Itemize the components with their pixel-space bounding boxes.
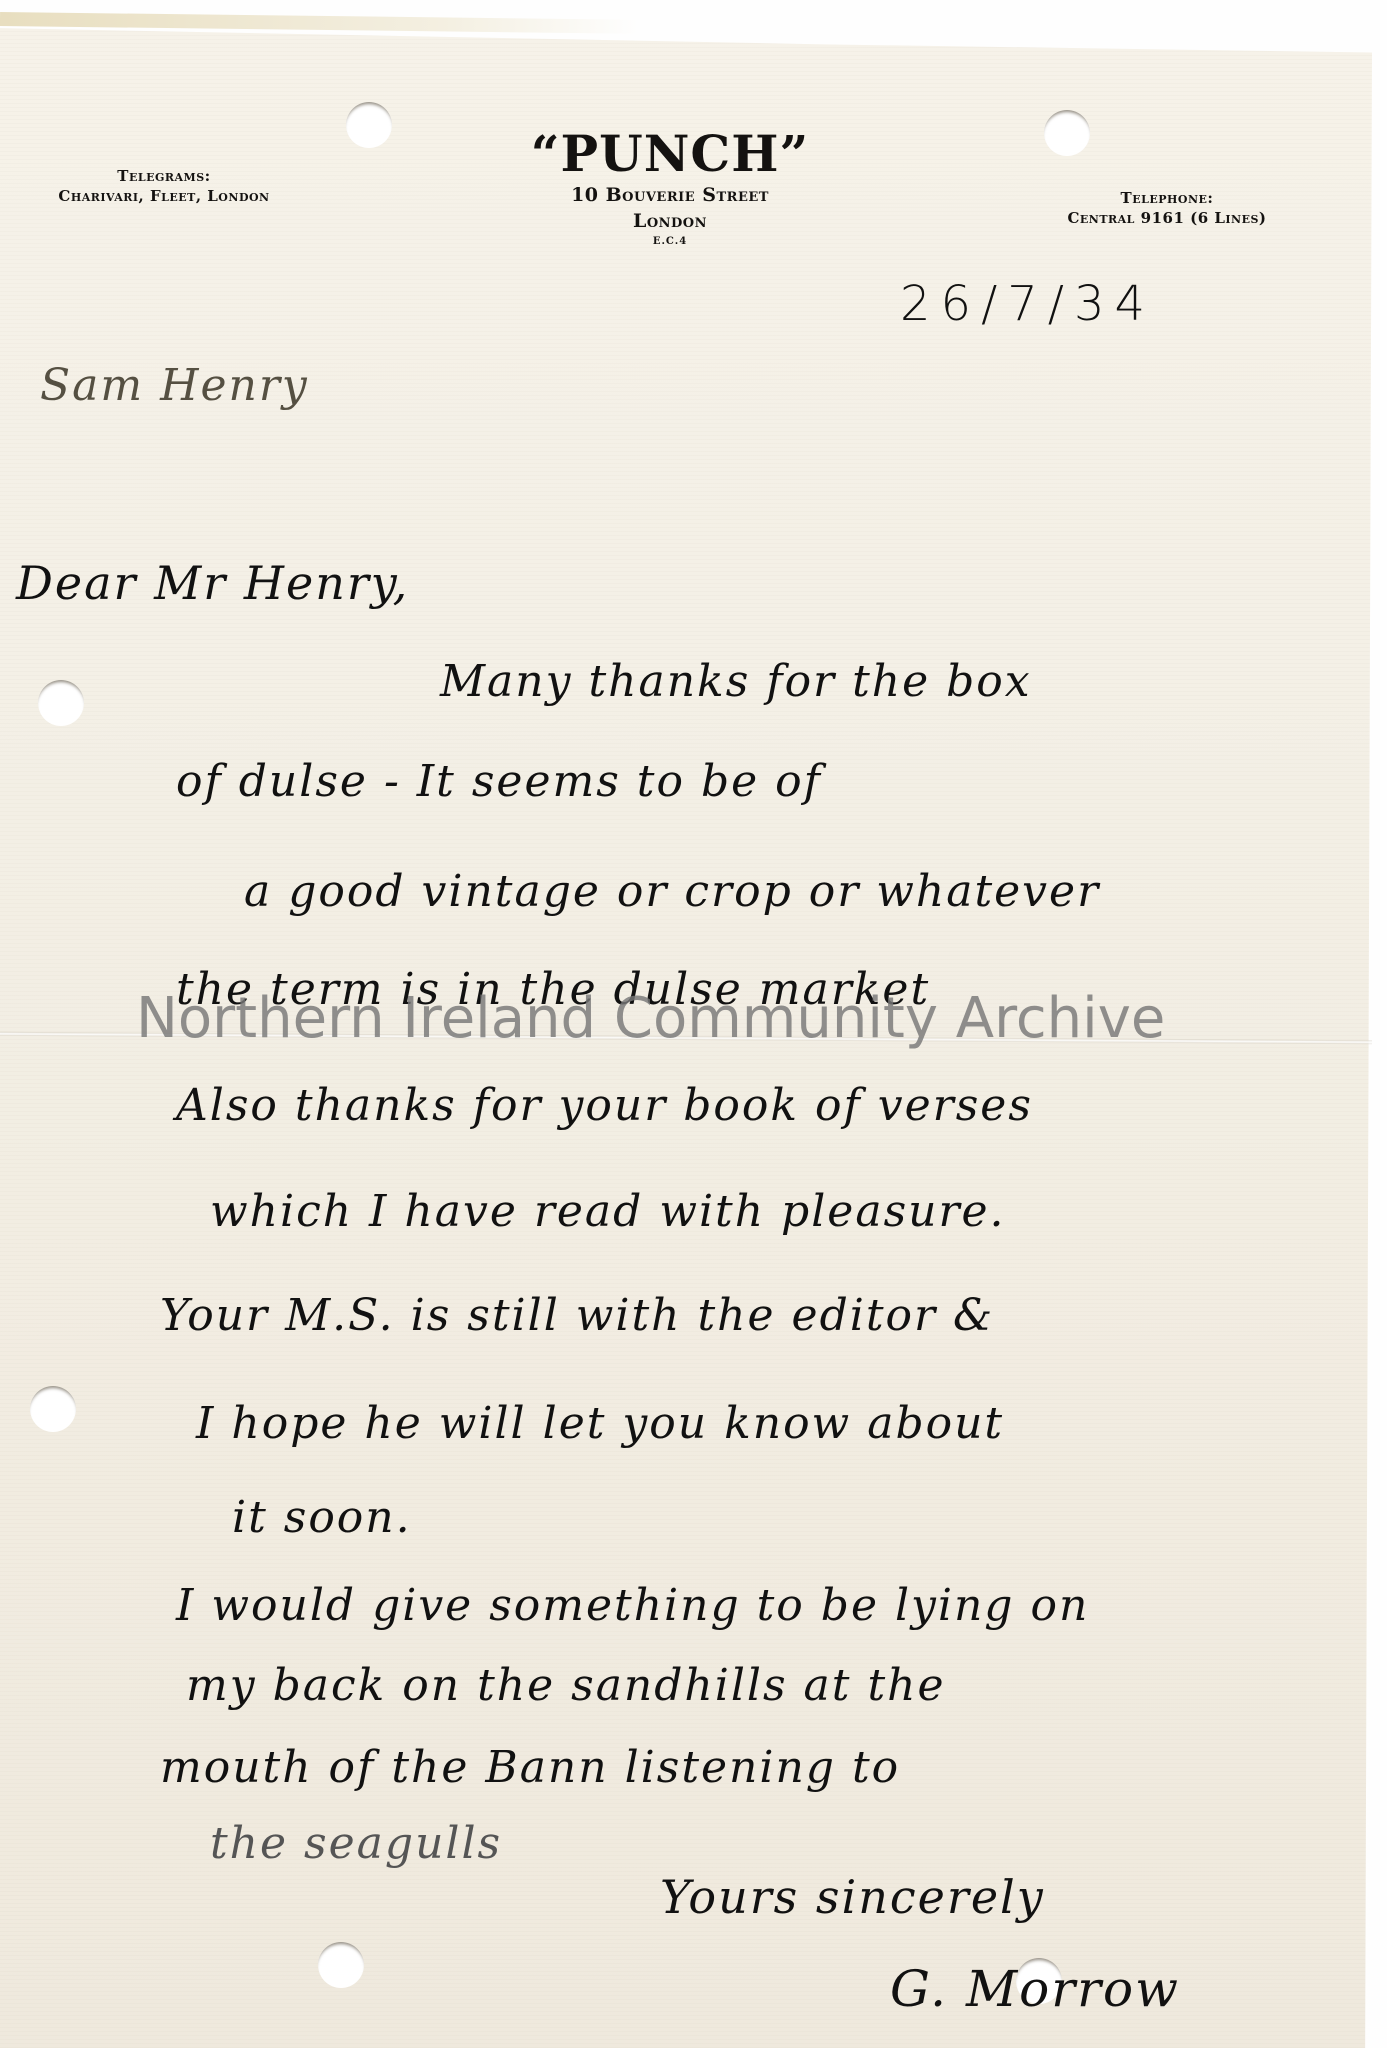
telephone-label: Telephone:	[1022, 188, 1312, 208]
punch-hole-icon	[1044, 110, 1090, 156]
telegrams-address: Charivari, Fleet, London	[14, 186, 314, 206]
scanned-letter: Telegrams: Charivari, Fleet, London “PUN…	[0, 0, 1387, 2048]
letter-date: 26/7/34	[900, 276, 1155, 332]
signature: G. Morrow	[890, 1960, 1180, 2018]
body-line: Many thanks for the box	[440, 656, 1032, 707]
postcode: E.C.4	[500, 234, 840, 250]
publication-title: “PUNCH”	[500, 126, 840, 182]
body-line: a good vintage or crop or whatever	[244, 866, 1100, 917]
telephone-number: Central 9161 (6 Lines)	[1022, 208, 1312, 228]
street-address: 10 Bouverie Street	[500, 182, 840, 208]
body-line: which I have read with pleasure.	[210, 1186, 1006, 1237]
punch-hole-icon	[346, 102, 392, 148]
body-line: it soon.	[232, 1492, 412, 1543]
body-line: mouth of the Bann listening to	[160, 1742, 900, 1793]
body-line: Also thanks for your book of verses	[176, 1080, 1033, 1131]
recipient-annotation: Sam Henry	[40, 360, 309, 411]
body-line: I hope he will let you know about	[196, 1398, 1004, 1449]
body-line: my back on the sandhills at the	[186, 1660, 946, 1711]
body-line: the seagulls	[210, 1818, 502, 1869]
closing: Yours sincerely	[660, 1870, 1045, 1924]
telegrams-label: Telegrams:	[14, 166, 314, 186]
body-line: of dulse - It seems to be of	[176, 756, 822, 807]
archive-watermark: Northern Ireland Community Archive	[136, 986, 1165, 1051]
letterhead-telephone: Telephone: Central 9161 (6 Lines)	[1022, 188, 1312, 228]
punch-hole-icon	[318, 1942, 364, 1988]
salutation: Dear Mr Henry,	[16, 556, 409, 610]
letterhead-masthead: “PUNCH” 10 Bouverie Street London E.C.4	[500, 126, 840, 250]
letterhead-telegrams: Telegrams: Charivari, Fleet, London	[14, 166, 314, 206]
city: London	[500, 208, 840, 234]
body-line: Your M.S. is still with the editor &	[160, 1290, 994, 1341]
punch-hole-icon	[38, 680, 84, 726]
body-line: I would give something to be lying on	[176, 1580, 1089, 1631]
punch-hole-icon	[30, 1386, 76, 1432]
